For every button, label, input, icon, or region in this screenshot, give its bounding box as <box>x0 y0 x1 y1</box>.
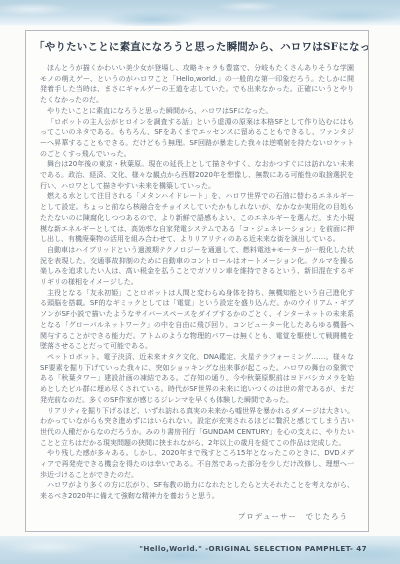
paragraph: 「ロボットの主人公がヒロインを調査する話」という虚淵の原案は本格SFとして作り込… <box>40 117 354 160</box>
paragraph: リアリティを掘り下げるほど、いずれ訪れる真実の未来から嘘世界を暴かれるダメージは… <box>40 406 354 449</box>
footer-pamphlet-title-and-page-number: "Hello,World." -ORIGINAL SELECTION PAMPH… <box>139 544 367 553</box>
paragraph: 主役となる「友永初姫」ことロボットは人間と変わらぬ身体を持ち、無機知能という自己… <box>40 288 354 352</box>
paragraph: 燃える水として注目される「メタンハイドレート」を、ハロワ世界での石油に替わるエネ… <box>40 191 354 245</box>
top-decorative-band <box>0 0 400 26</box>
paragraph: ハロワがより多くの方に広がり、SF布教の助力になれたとしたらと大それたことを考え… <box>40 480 354 501</box>
bottom-decorative-band: "Hello,World." -ORIGINAL SELECTION PAMPH… <box>0 536 400 564</box>
pamphlet-page-frame: 「やりたいことに素直になろうと思った瞬間から、ハロワはSFになった」 ほんとうが… <box>25 30 369 532</box>
paragraph: やりたいことに素直になろうと思った瞬間から、ハロワはSFになった。 <box>40 106 354 117</box>
essay-body: ほんとうが描くかわいい美少女が登場し、攻略キャラも豊富で、分岐もたくさんありそう… <box>40 63 354 502</box>
paragraph: ペットロボット、電子決済、近未来オタク文化、DNA鑑定、火星テラフォーミング……… <box>40 352 354 406</box>
producer-signature: プロデューサー でじたろう <box>238 511 348 522</box>
paragraph: 舞台は20年後の東京・秋葉原。現在の延長上として描きやすく、なおかつすぐには訪れ… <box>40 159 354 191</box>
paragraph: ほんとうが描くかわいい美少女が登場し、攻略キャラも豊富で、分岐もたくさんありそう… <box>40 63 354 106</box>
page-title: 「やりたいことに素直になろうと思った瞬間から、ハロワはSFになった」 <box>34 40 360 54</box>
paragraph: 自動車はハイブリッドという過渡期テクノロジーを通過して、燃料電池+モーターが一般… <box>40 245 354 288</box>
paragraph: やり残した感が多々ある。しかし、2020年まで残すところ15年となったこのときに… <box>40 448 354 480</box>
